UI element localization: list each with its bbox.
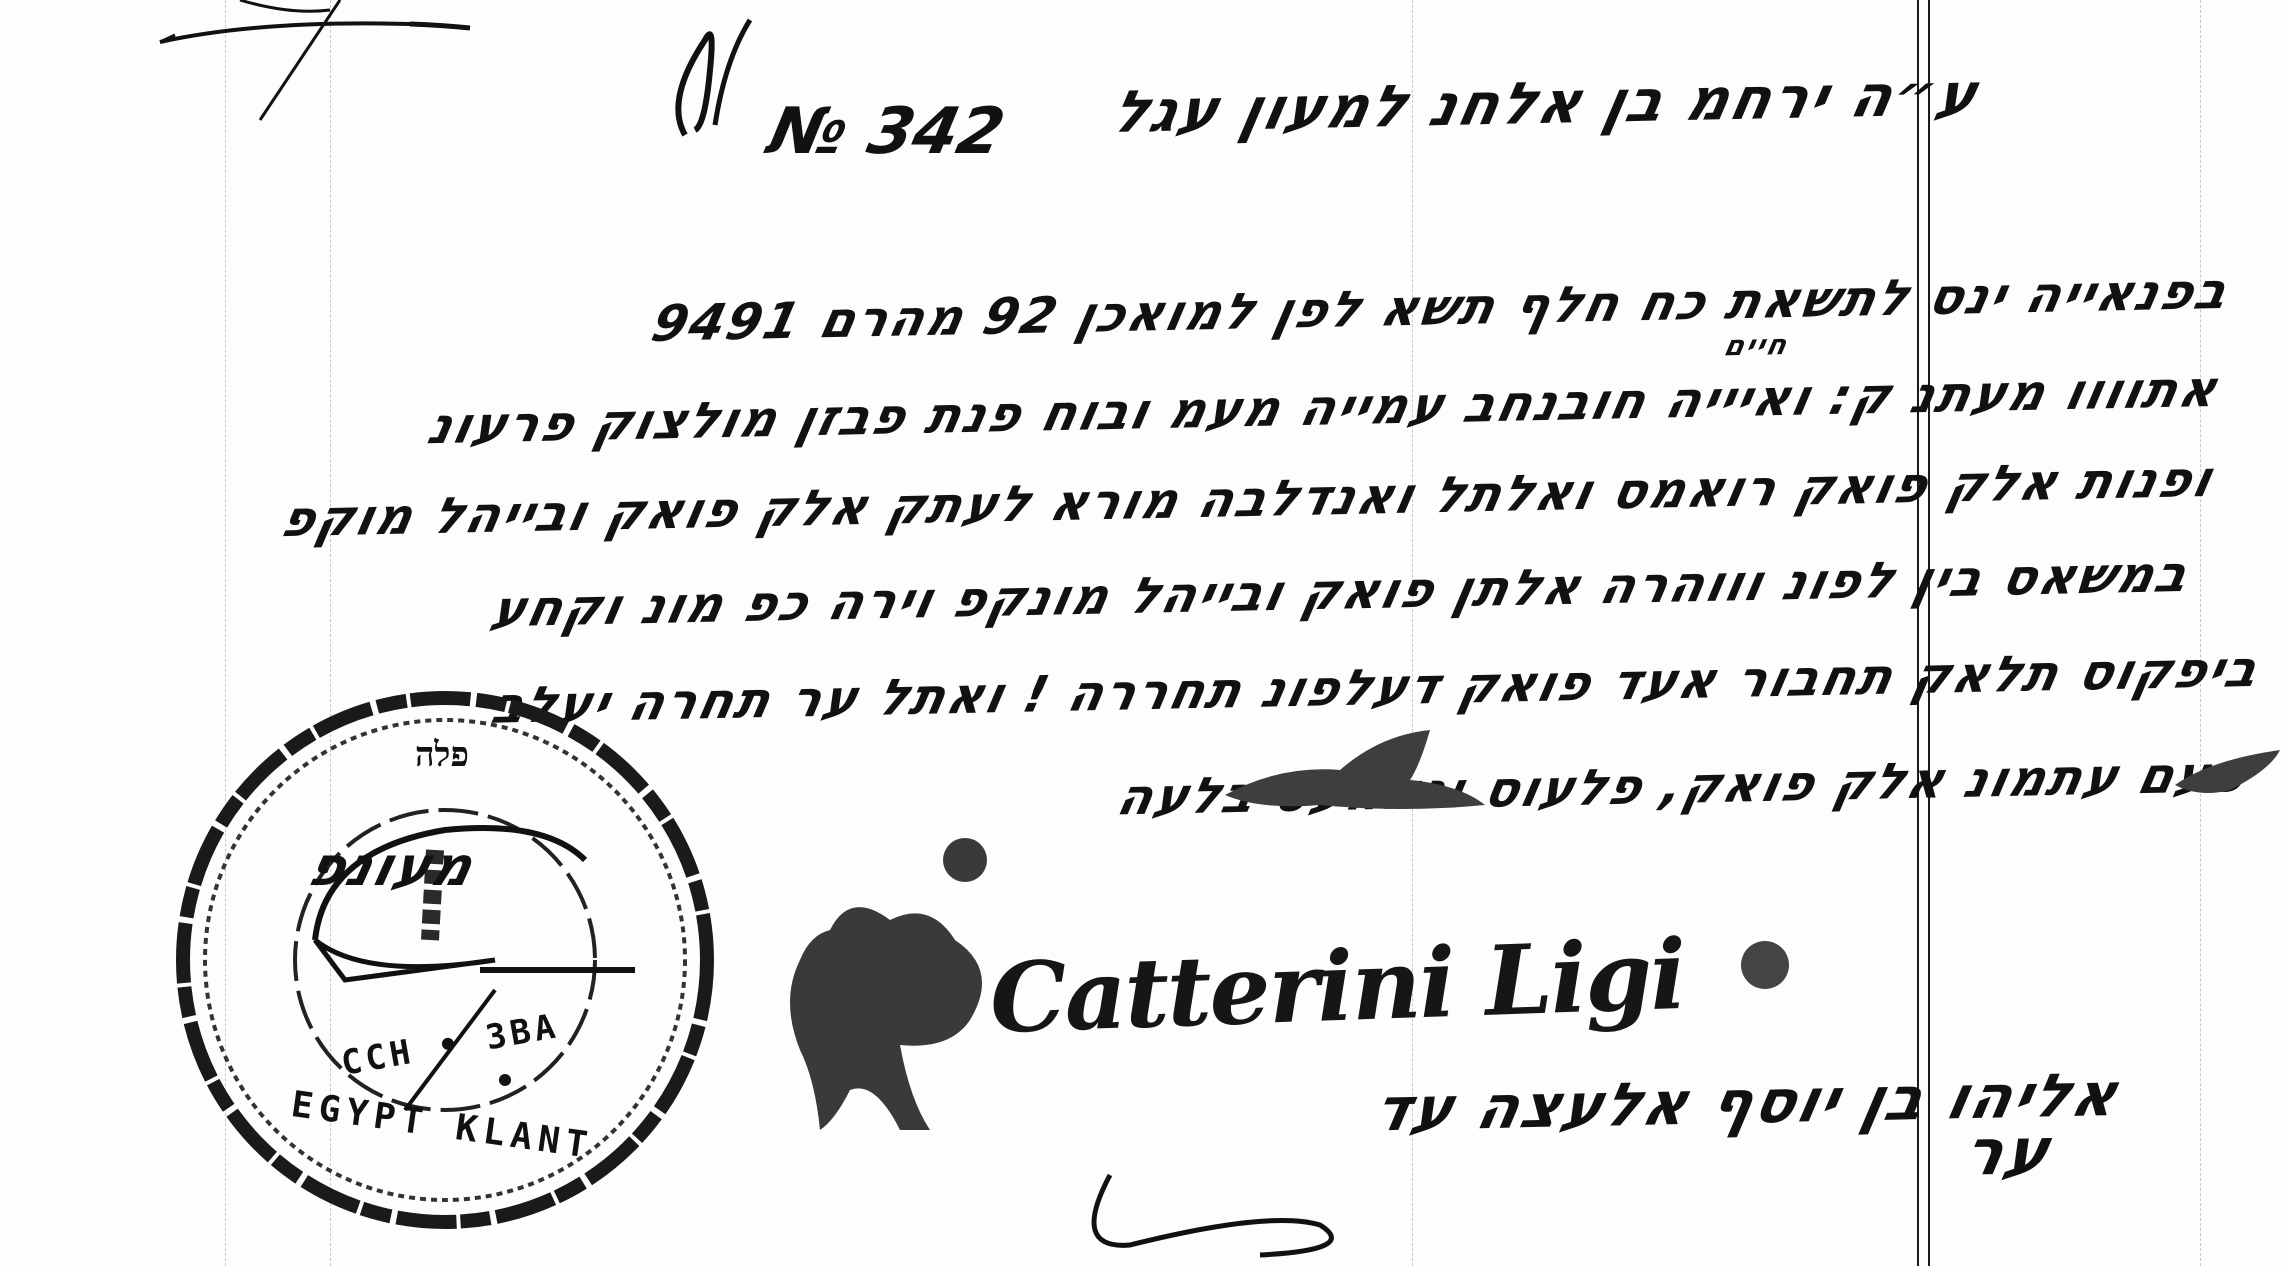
ink-smear-right	[2170, 740, 2288, 800]
body-line-5: ביפקוס תלאק תחבור אעד פואק דעלפונ תחררה …	[486, 640, 2264, 735]
cross-mark-icon	[140, 0, 560, 130]
ink-smear	[1220, 725, 1490, 815]
body-line-2: אתוווו מעתנ ק: ואיייה חובנחב עמייה מעמ ו…	[422, 360, 2224, 455]
stamp-center-text: פלה	[415, 735, 469, 775]
reference-number: № 342	[762, 95, 1011, 169]
signature-flourish-icon	[1070, 1170, 1390, 1260]
ink-spot-small	[935, 830, 995, 890]
body-line-4: במשאס בין לפונ וווהרה אלתן פואק ובייהל מ…	[486, 545, 2195, 638]
latin-signature: Catterini Ligi	[988, 918, 1686, 1055]
ink-blot-large	[780, 880, 1010, 1140]
body-line-1: בפנאייה ינס לתשאת כח חלף תשא לפן למואכן …	[647, 262, 2235, 353]
right-margin-mark: ער	[1956, 1115, 2058, 1191]
handwriting-over-stamp: מעונפ	[302, 835, 481, 898]
heading-line: ע״ה ירחמ בן אלחנ למעון עגל	[1106, 60, 1986, 146]
ink-spot	[1735, 935, 1795, 995]
interlinear-insert: חיים	[1721, 328, 1792, 362]
document-page: № 342 ע״ה ירחמ בן אלחנ למעון עגל בפנאייה…	[0, 0, 2288, 1266]
numero-sign-icon	[655, 10, 755, 140]
ruled-line-right	[2200, 0, 2201, 1266]
